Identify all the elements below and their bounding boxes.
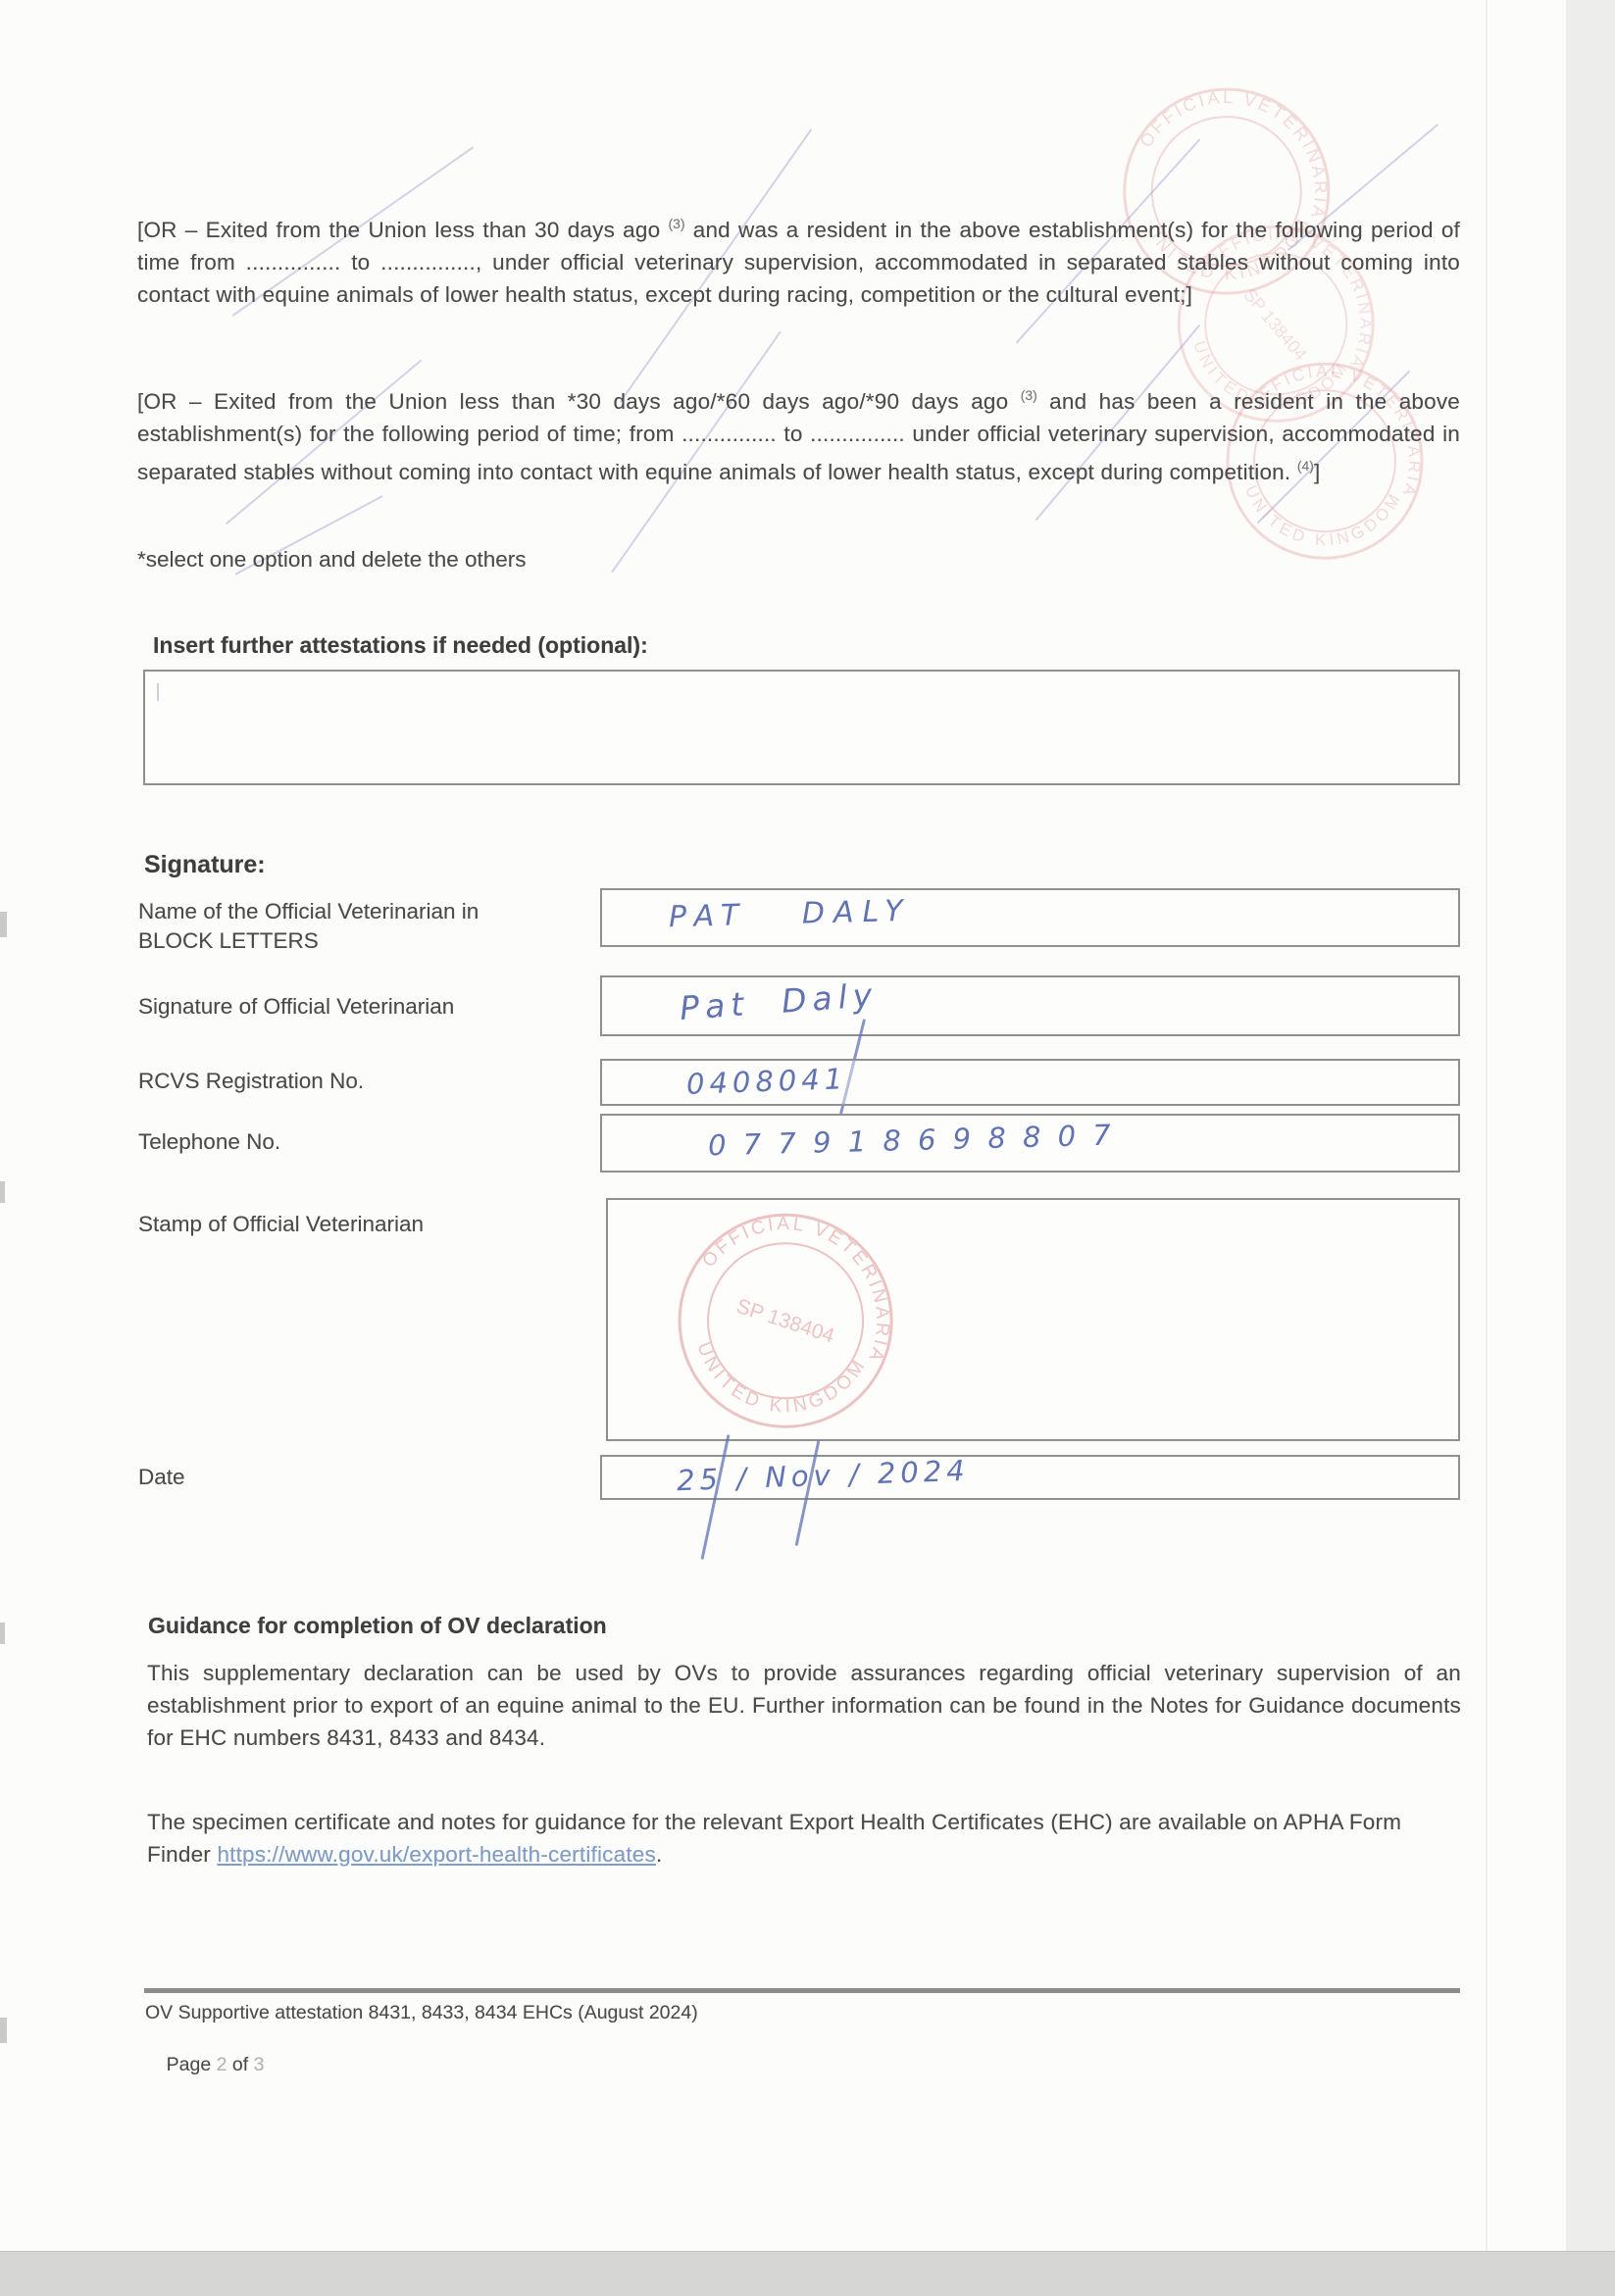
signature-heading: Signature: — [144, 851, 266, 879]
guidance-paragraph-2: The specimen certificate and notes for g… — [147, 1806, 1461, 1871]
footnote-marker: (3) — [668, 216, 684, 231]
attestation-option-1: [OR – Exited from the Union less than 30… — [137, 208, 1460, 311]
footer-document-title: OV Supportive attestation 8431, 8433, 84… — [145, 2002, 698, 2024]
page-number: 2 — [217, 2054, 227, 2075]
signature-label: Signature of Official Veterinarian — [138, 992, 550, 1022]
stamp-label: Stamp of Official Veterinarian — [138, 1210, 550, 1239]
scan-artifact — [0, 1181, 5, 1203]
name-label: Name of the Official Veterinarian in BLO… — [138, 897, 511, 956]
footer-page-indicator: Page 2 of 3 — [145, 2031, 264, 2099]
export-health-certificates-link[interactable]: https://www.gov.uk/export-health-certifi… — [217, 1842, 656, 1867]
scan-artifact — [0, 1622, 5, 1644]
empty-field-mark — [157, 683, 159, 701]
further-attestations-heading: Insert further attestations if needed (o… — [153, 632, 648, 659]
name-handwritten-value: PAT DALY — [669, 894, 913, 934]
scan-artifact — [0, 2018, 7, 2043]
scan-artifact — [0, 912, 7, 937]
page-edge-bottom — [0, 2251, 1615, 2296]
attestation-option-2: [OR – Exited from the Union less than *3… — [137, 379, 1460, 488]
telephone-label: Telephone No. — [138, 1127, 550, 1157]
rcvs-label: RCVS Registration No. — [138, 1067, 550, 1096]
footnote-marker: (4) — [1297, 458, 1314, 474]
page-edge-right — [1566, 0, 1615, 2296]
rcvs-handwritten-value: 0408041 — [685, 1062, 847, 1101]
select-option-note: *select one option and delete the others — [137, 547, 527, 573]
page-edge-line — [1486, 0, 1488, 2296]
guidance-paragraph-1: This supplementary declaration can be us… — [147, 1657, 1461, 1754]
guidance-heading: Guidance for completion of OV declaratio… — [148, 1613, 607, 1639]
stamp-center-text: SP 138404 — [733, 1295, 837, 1348]
footer-divider — [144, 1988, 1460, 1993]
page-total: 3 — [254, 2054, 265, 2075]
footnote-marker: (3) — [1021, 387, 1037, 403]
scanned-document-page: OFFICIAL VETERINARIAN UNITED KINGDOM OFF… — [0, 0, 1615, 2296]
further-attestations-box[interactable] — [143, 670, 1460, 785]
date-label: Date — [138, 1463, 550, 1492]
